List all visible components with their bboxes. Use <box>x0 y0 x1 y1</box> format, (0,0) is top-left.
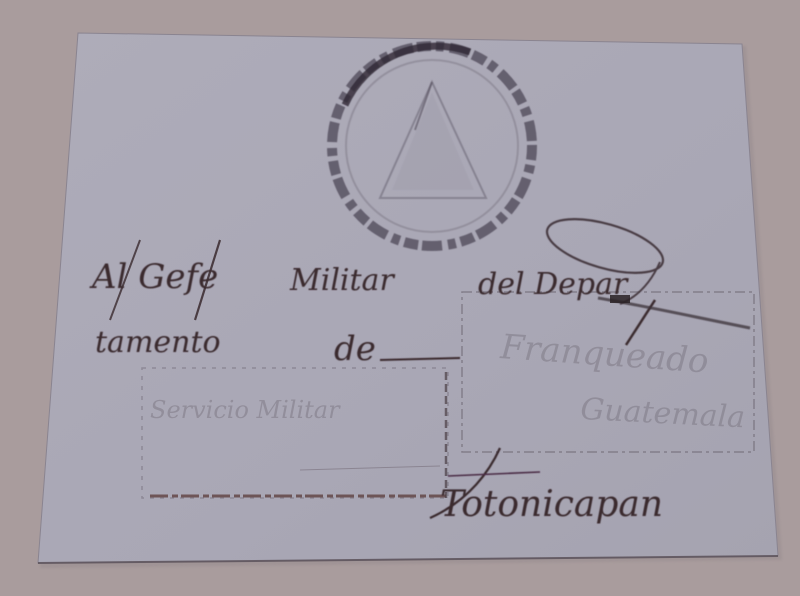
address-line1-depar: del Depar <box>478 267 629 302</box>
stamp-text-left: Servicio Militar <box>150 396 341 424</box>
address-line1-militar: Militar <box>289 263 395 298</box>
paper-sheet <box>38 33 778 563</box>
address-line1-al-gefe: Al Gefe <box>89 257 218 297</box>
cover-photo: Franqueado Guatemala Servicio Militar Al… <box>0 0 800 596</box>
address-line2-tamento: tamento <box>95 325 221 360</box>
photo-scene: Franqueado Guatemala Servicio Militar Al… <box>0 0 800 596</box>
address-line2-de: de <box>334 329 376 369</box>
address-line3-totonicapan: Totonicapan <box>440 484 663 525</box>
